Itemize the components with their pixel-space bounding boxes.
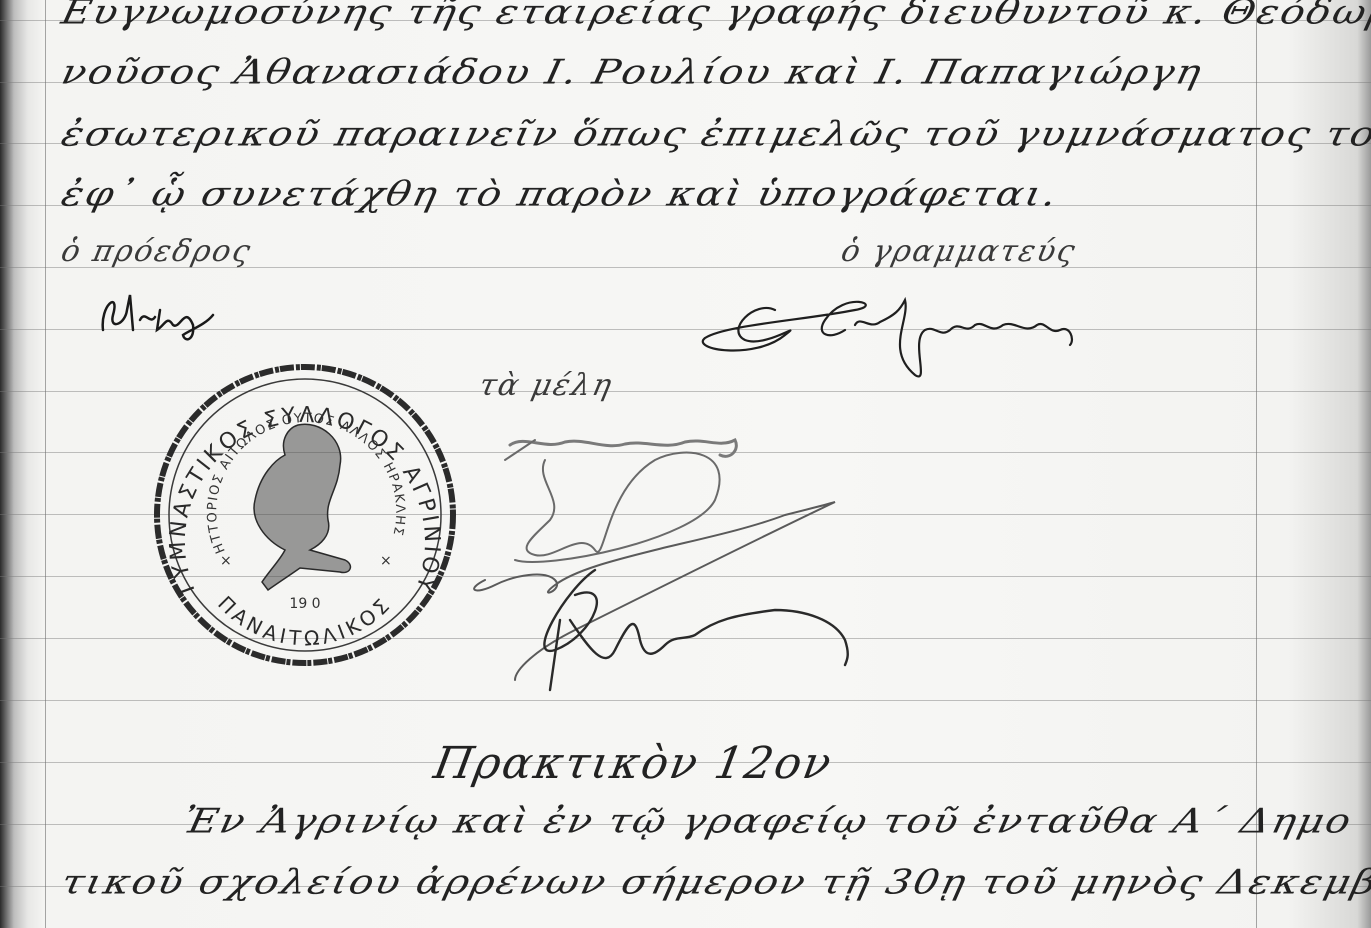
stamp-seal: ΓΥΜΝΑΣΤΙΚΟΣ ΣΥΛΛΟΓΟΣ ΑΓΡΙΝΙΟΥ ΗΤΤΟΡΙΟΣ Α… bbox=[150, 360, 460, 670]
ledger-page: Ευγνωμοσύνης τῆς εταιρείας γραφής διευθυ… bbox=[0, 0, 1371, 928]
stamp-ornament-left: × bbox=[220, 553, 232, 569]
entry-line-1: Ευγνωμοσύνης τῆς εταιρείας γραφής διευθυ… bbox=[58, 0, 1371, 32]
secretary-signature bbox=[685, 280, 1085, 385]
club-stamp: ΓΥΜΝΑΣΤΙΚΟΣ ΣΥΛΛΟΓΟΣ ΑΓΡΙΝΙΟΥ ΗΤΤΟΡΙΟΣ Α… bbox=[150, 360, 460, 670]
stamp-ornament-right: × bbox=[380, 553, 392, 569]
president-label: ὁ πρόεδρος bbox=[58, 234, 255, 269]
entry-line-4: ἐφ᾽ ᾧ συνετάχθη τὸ παρὸν καὶ ὑπογράφεται… bbox=[58, 175, 1062, 214]
next-entry-line-1: Ἐν Ἀγρινίῳ καὶ ἐν τῷ γραφείῳ τοῦ ἐνταῦθα… bbox=[180, 802, 1356, 841]
next-entry-line-2: τικοῦ σχολείου ἀρρένων σήμερον τῇ 30ῃ το… bbox=[58, 863, 1371, 902]
entry-line-2: νοῦσος Ἀθανασιάδου Ι. Ρουλίου καὶ Ι. Παπ… bbox=[58, 53, 1206, 92]
secretary-label: ὁ γραμματεύς bbox=[838, 234, 1080, 269]
entry-line-3: ἐσωτερικοῦ παραινεῖν ὅπως ἐπιμελῶς τοῦ γ… bbox=[58, 115, 1371, 154]
president-signature bbox=[95, 285, 225, 345]
left-margin-line bbox=[45, 0, 46, 928]
member-signatures bbox=[455, 420, 855, 710]
stamp-year: 19 0 bbox=[289, 596, 320, 612]
next-entry-title: Πρακτικὸν 12ον bbox=[430, 738, 837, 789]
heracles-figure-icon bbox=[254, 424, 350, 590]
members-label: τὰ μέλη bbox=[476, 368, 616, 403]
